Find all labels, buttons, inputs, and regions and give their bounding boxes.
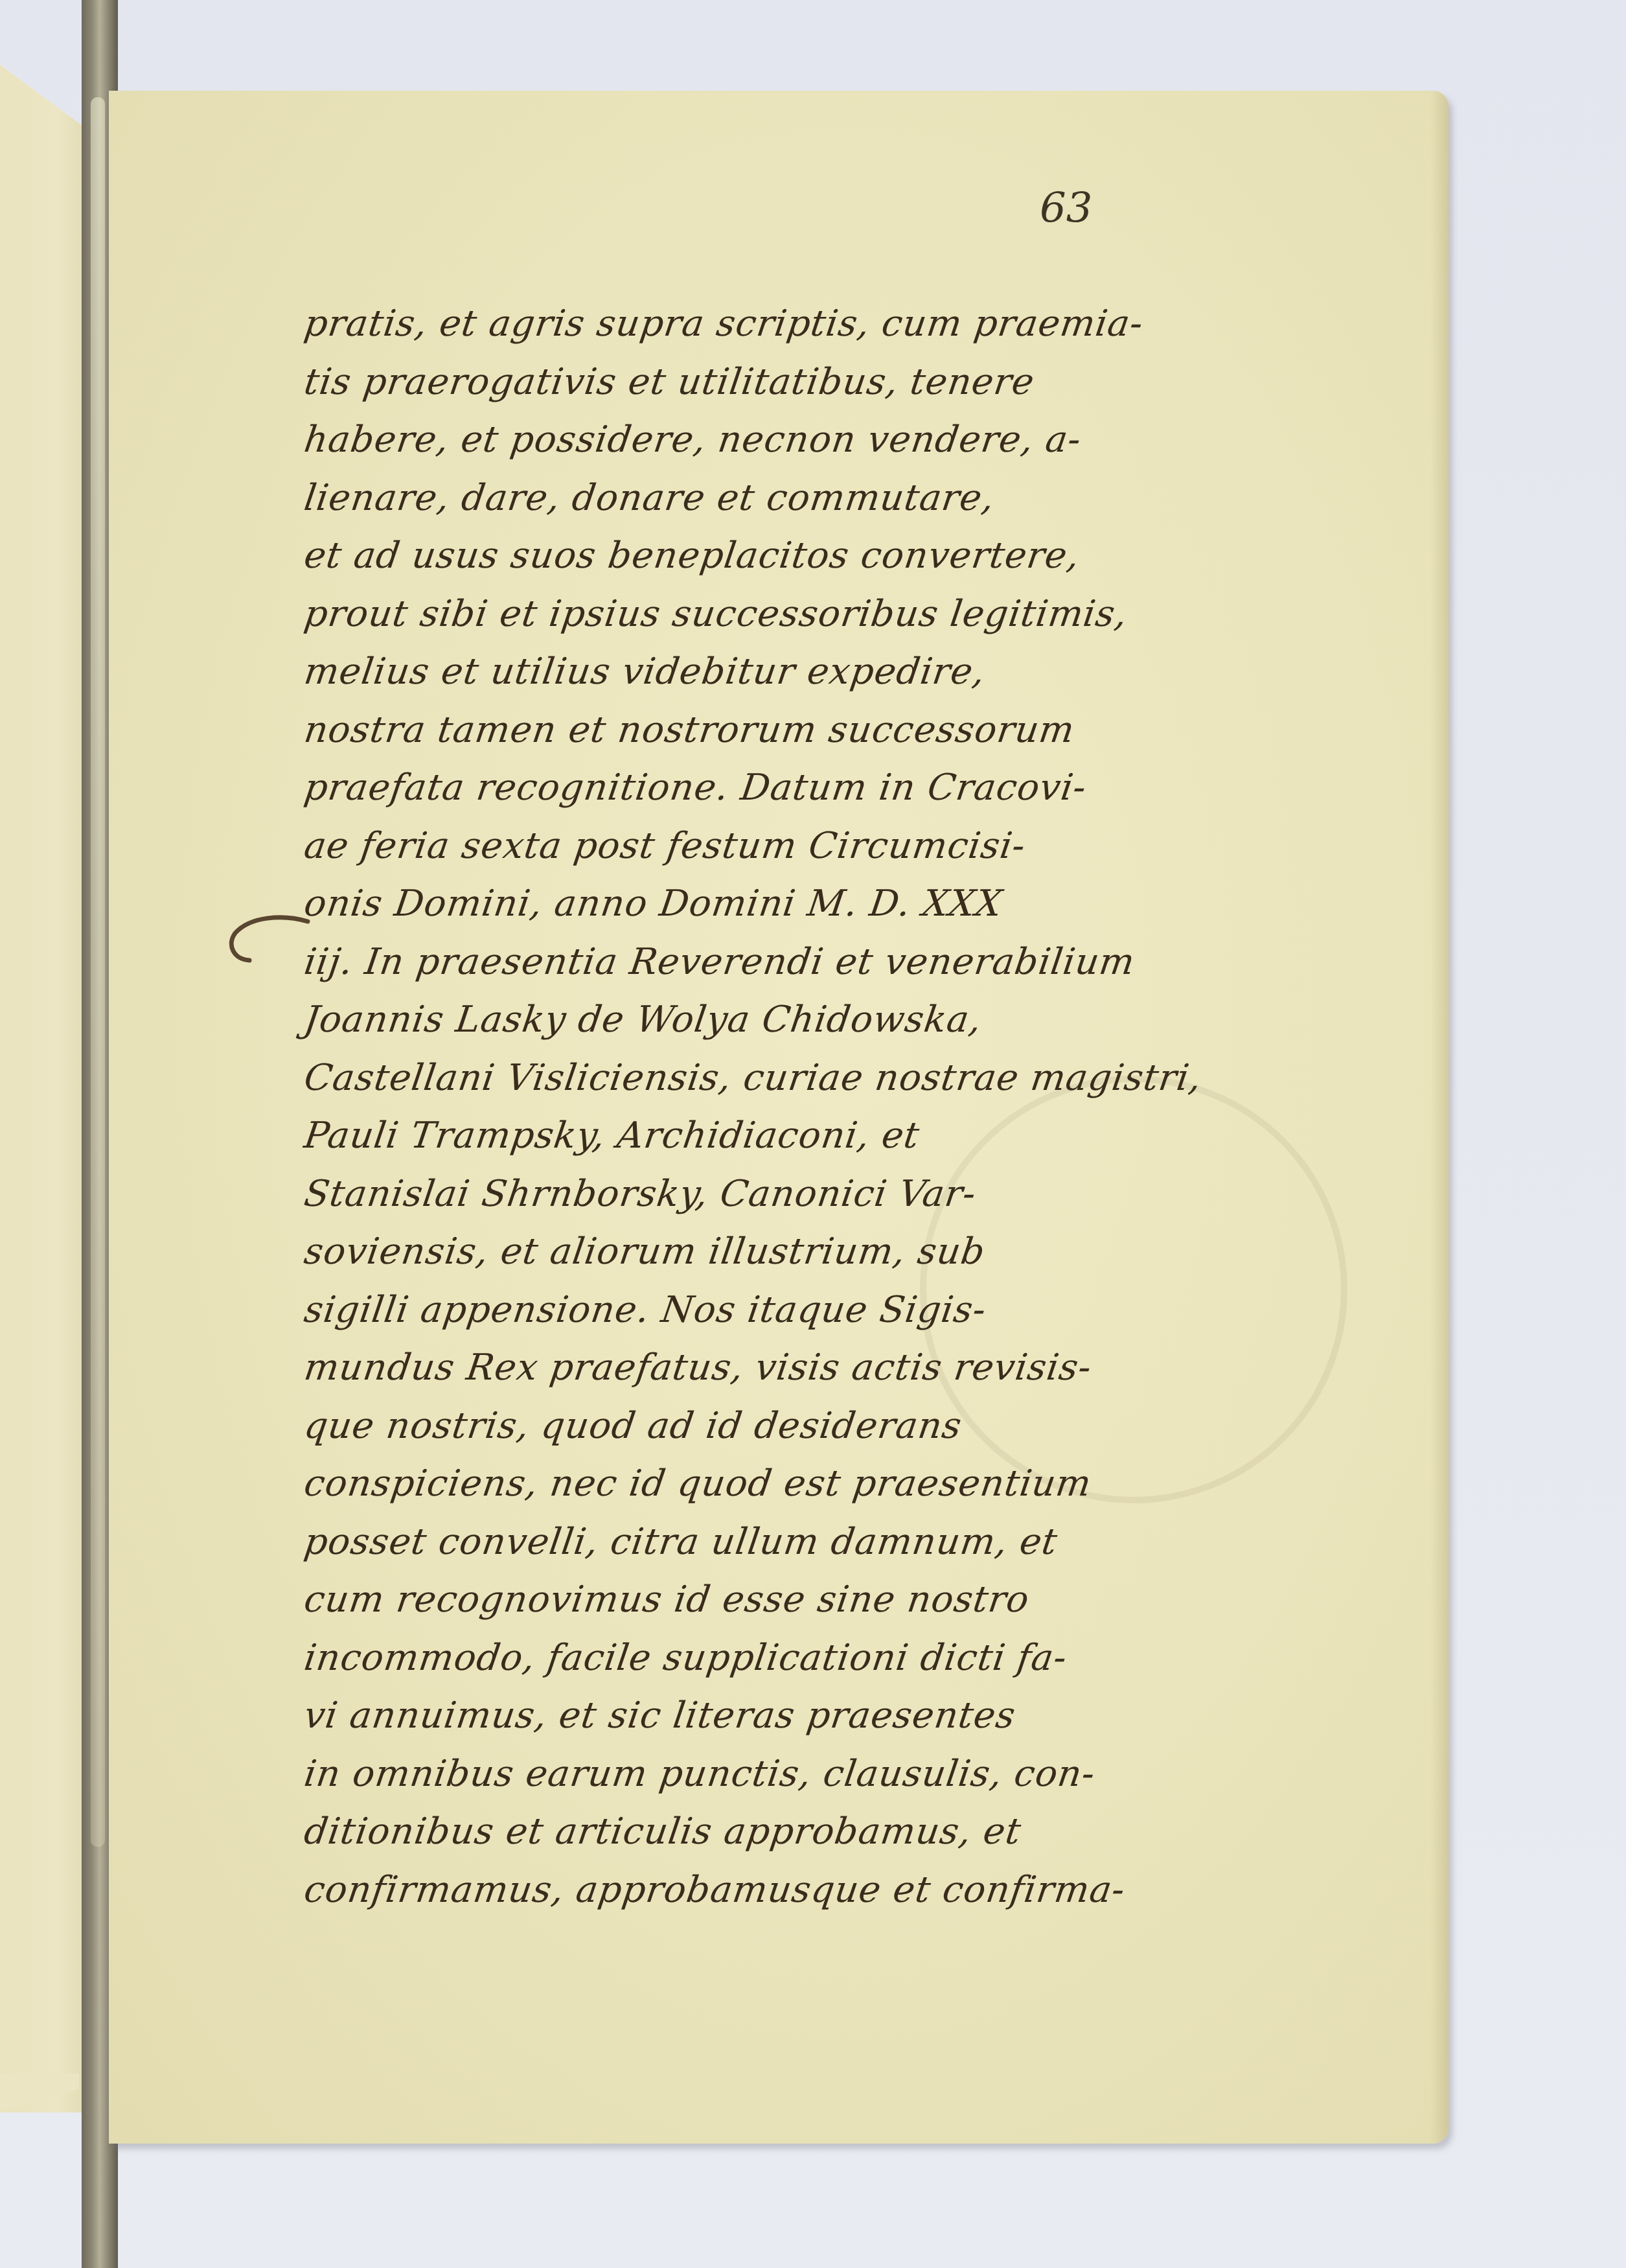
facing-page-edge	[0, 65, 83, 2112]
text-line: que nostris, quod ad id desiderans	[301, 1397, 1203, 1455]
text-line: melius et utilius videbitur expedire,	[301, 643, 1203, 701]
text-line: Joannis Lasky de Wolya Chidowska,	[301, 991, 1203, 1049]
text-line: confirmamus, approbamusque et confirma-	[301, 1861, 1203, 1919]
text-line: onis Domini, anno Domini M. D. XXX	[301, 875, 1203, 933]
text-line: incommodo, facile supplicationi dicti fa…	[301, 1629, 1203, 1687]
text-line: ae feria sexta post festum Circumcisi-	[301, 817, 1203, 875]
text-line: conspiciens, nec id quod est praesentium	[301, 1455, 1203, 1513]
text-line: tis praerogativis et utilitatibus, tener…	[301, 353, 1203, 411]
binding-highlight	[91, 97, 105, 1847]
text-line: in omnibus earum punctis, clausulis, con…	[301, 1745, 1203, 1803]
text-line: Stanislai Shrnborsky, Canonici Var-	[301, 1165, 1203, 1223]
text-line: nostra tamen et nostrorum successorum	[301, 701, 1203, 759]
text-line: et ad usus suos beneplacitos convertere,	[301, 527, 1203, 585]
text-line: vi annuimus, et sic literas praesentes	[301, 1687, 1203, 1745]
text-line: ditionibus et articulis approbamus, et	[301, 1803, 1203, 1861]
text-line: Pauli Trampsky, Archidiaconi, et	[301, 1107, 1203, 1165]
manuscript-text: pratis, et agris supra scriptis, cum pra…	[304, 295, 1198, 1919]
text-line: cum recognovimus id esse sine nostro	[301, 1571, 1203, 1629]
text-line: soviensis, et aliorum illustrium, sub	[301, 1223, 1203, 1281]
text-line: habere, et possidere, necnon vendere, a-	[301, 411, 1203, 469]
text-line: sigilli appensione. Nos itaque Sigis-	[301, 1281, 1203, 1339]
text-line: pratis, et agris supra scriptis, cum pra…	[301, 295, 1203, 353]
leaf-fore-edge	[1430, 91, 1449, 2144]
text-line: lienare, dare, donare et commutare,	[301, 469, 1203, 527]
folio-number: 63	[1040, 185, 1092, 233]
text-line: iij. In praesentia Reverendi et venerabi…	[301, 933, 1203, 991]
flourish-ornament	[223, 914, 314, 966]
text-line: posset convelli, citra ullum damnum, et	[301, 1513, 1203, 1571]
text-line: mundus Rex praefatus, visis actis revisi…	[301, 1339, 1203, 1397]
text-line: Castellani Visliciensis, curiae nostrae …	[301, 1049, 1203, 1107]
text-line: prout sibi et ipsius successoribus legit…	[301, 585, 1203, 643]
text-line: praefata recognitione. Datum in Cracovi-	[301, 759, 1203, 817]
